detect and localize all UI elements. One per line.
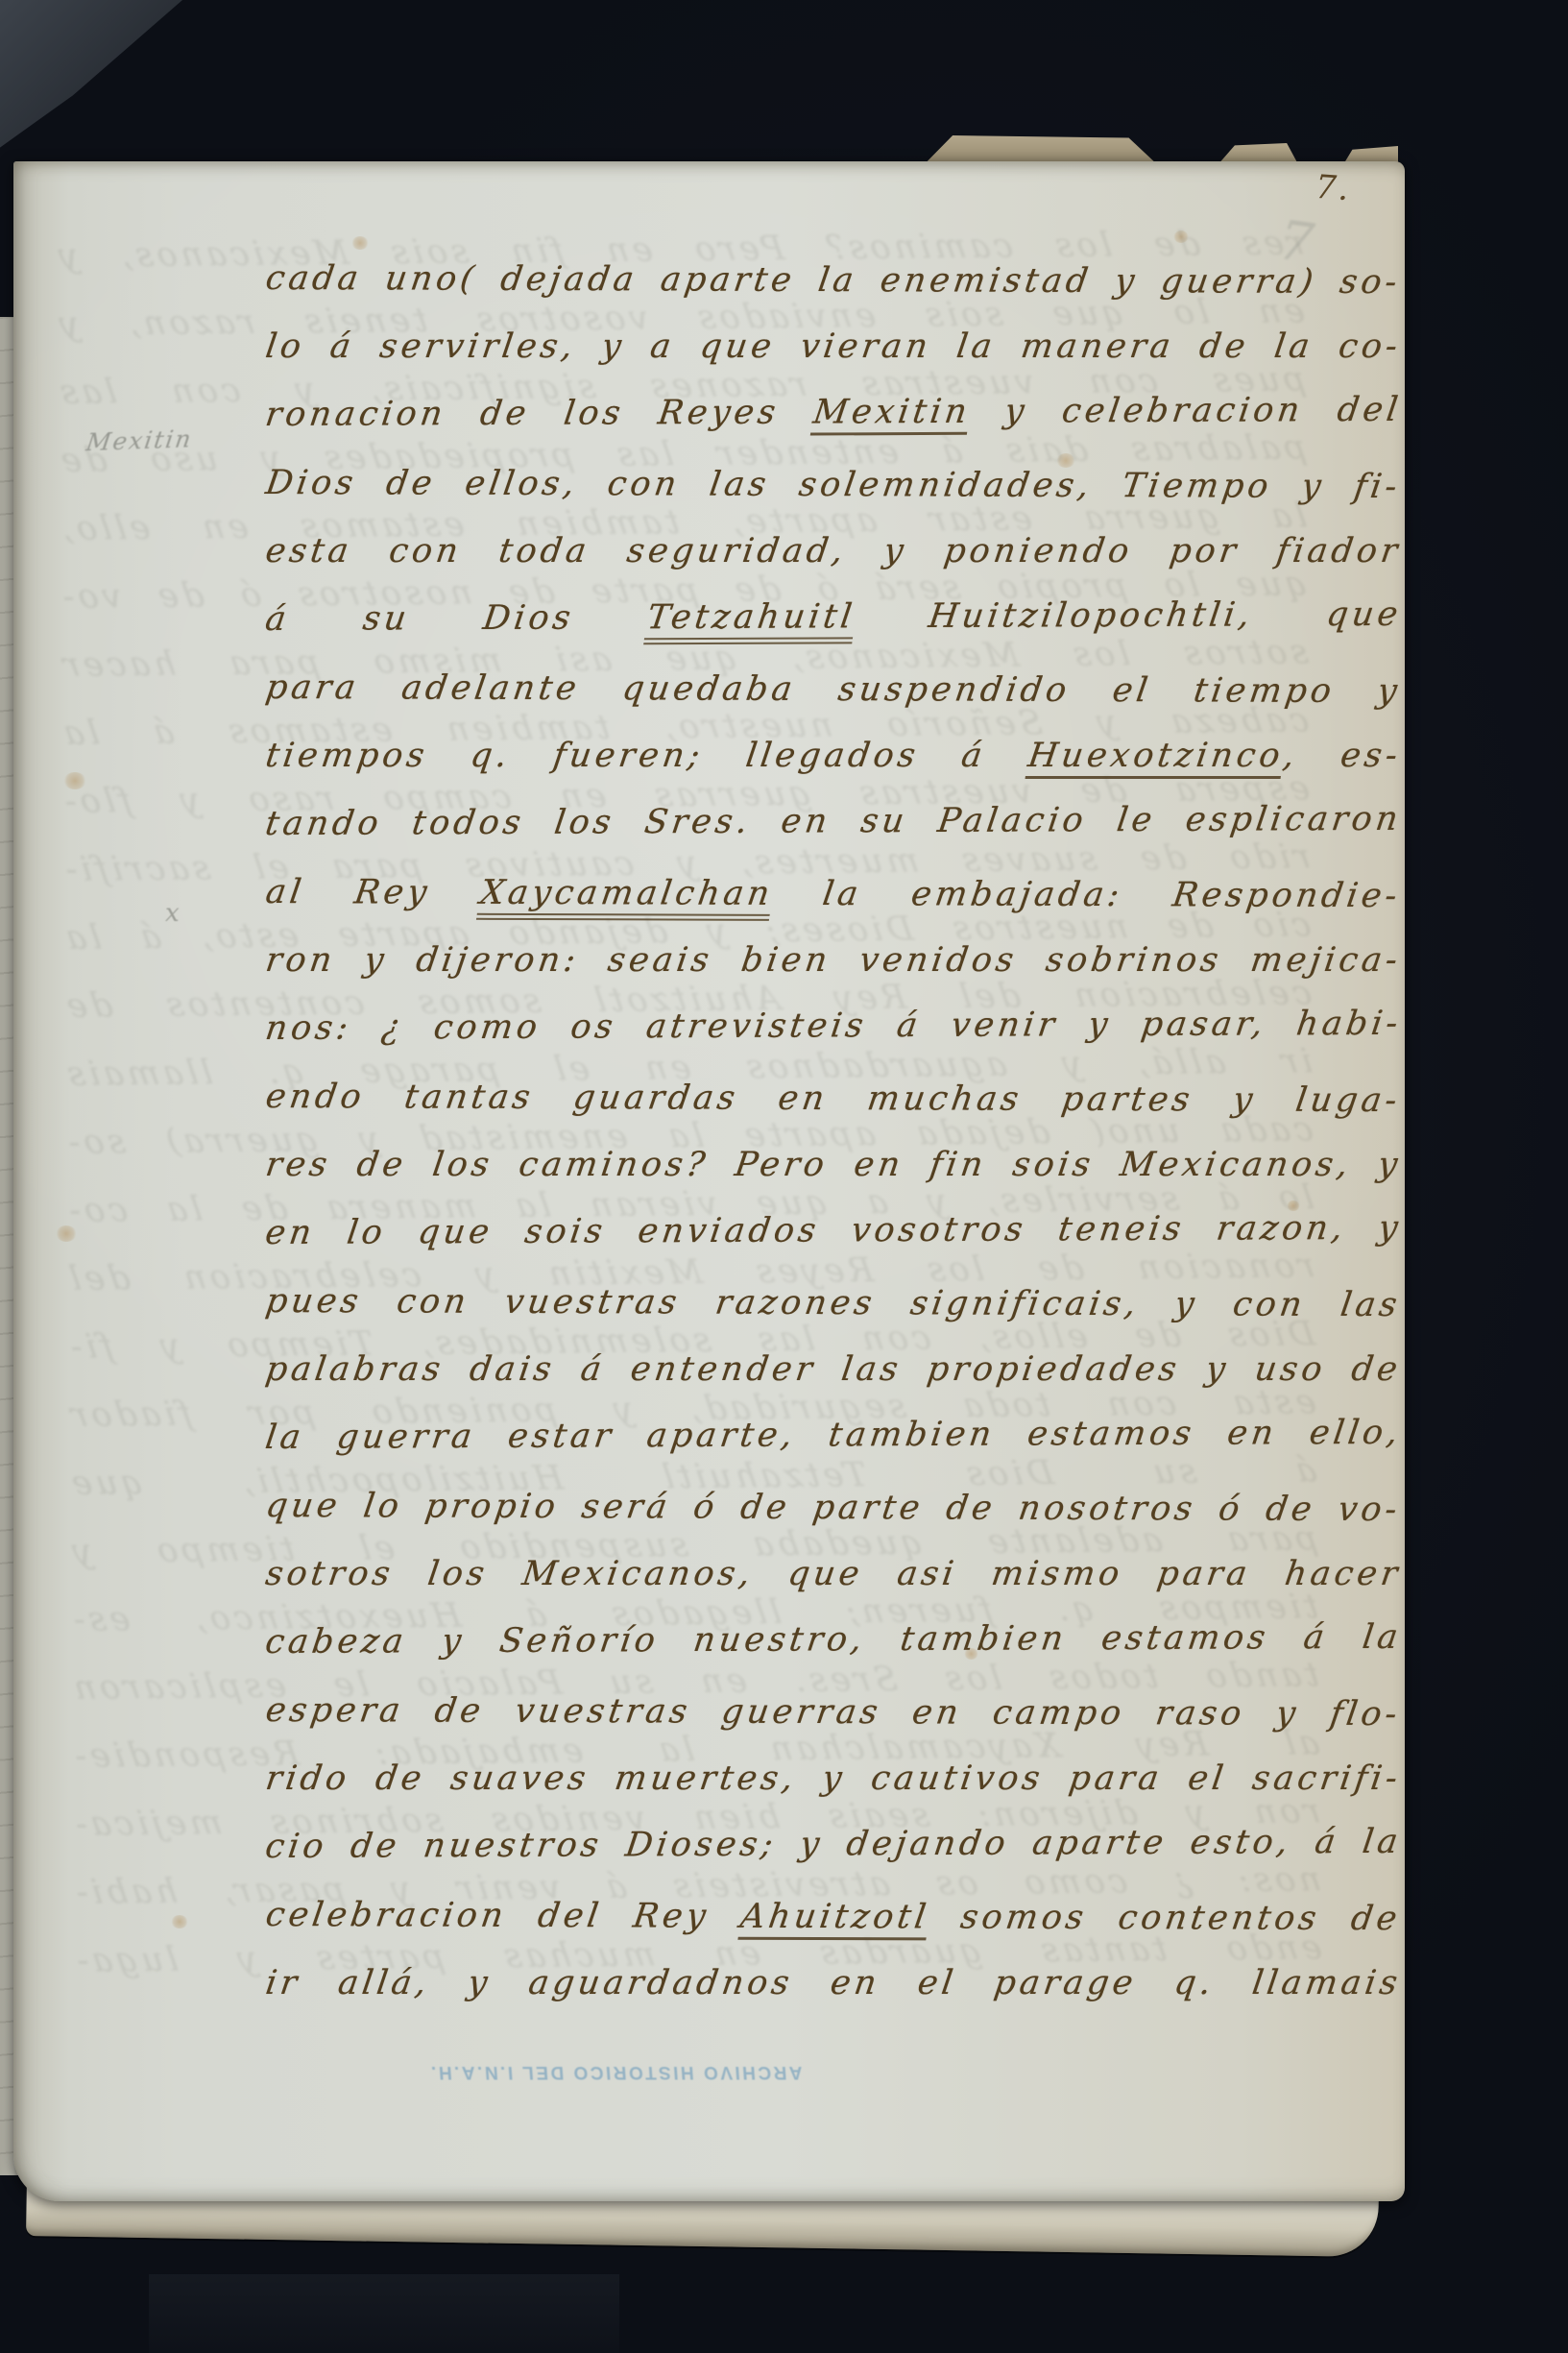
manuscript-line: tiempos q. fueren; llegados á Huexotzinc…	[259, 735, 1404, 803]
book-cover-corner	[0, 0, 182, 154]
manuscript-line: ir allá, y aguardadnos en el parage q. l…	[259, 1962, 1404, 2030]
manuscript-line: Dios de ellos, con las solemnidades, Tie…	[259, 462, 1404, 534]
manuscript-line: tando todos los Sres. en su Palacio le e…	[259, 798, 1404, 871]
manuscript-line: en lo que sois enviados vosotros teneis …	[259, 1207, 1404, 1280]
manuscript-line: rido de suaves muertes, y cautivos para …	[259, 1758, 1404, 1826]
manuscript-text-block: cada uno( dejada aparte la enemistad y g…	[259, 257, 1394, 2030]
manuscript-line: cada uno( dejada aparte la enemistad y g…	[259, 257, 1404, 329]
manuscript-line: al Rey Xaycamalchan la embajada: Respond…	[259, 871, 1404, 943]
manuscript-page: res de los caminos? Pero en fin sois Mex…	[13, 161, 1405, 2201]
manuscript-line: cabeza y Señorío nuestro, tambien estamo…	[259, 1616, 1404, 1689]
manuscript-line: lo á servirles, y a que vieran la manera…	[259, 326, 1404, 394]
manuscript-line: endo tantas guardas en muchas partes y l…	[259, 1076, 1404, 1148]
manuscript-line: celebracion del Rey Ahuitzotl somos cont…	[259, 1894, 1404, 1966]
manuscript-line: espera de vuestras guerras en campo raso…	[259, 1689, 1404, 1761]
manuscript-line: á su Dios Tetzahuitl Huitzilopochtli, qu…	[259, 594, 1404, 667]
manuscript-line: pues con vuestras razones significais, y…	[259, 1280, 1404, 1352]
manuscript-line: palabras dais á entender las propiedades…	[259, 1348, 1404, 1417]
manuscript-line: esta con toda seguridad, y poniendo por …	[259, 530, 1404, 598]
manuscript-line: ron y dijeron: seais bien venidos sobrin…	[259, 939, 1404, 1007]
manuscript-line: la guerra estar aparte, tambien estamos …	[259, 1412, 1404, 1485]
manuscript-scan: res de los caminos? Pero en fin sois Mex…	[0, 0, 1568, 2353]
manuscript-line: nos: ¿ como os atrevisteis á venir y pas…	[259, 1003, 1404, 1076]
archive-stamp: ARCHIVO HISTORICO DEL I.N.A.H.	[400, 2061, 831, 2082]
manuscript-line: res de los caminos? Pero en fin sois Mex…	[259, 1144, 1404, 1212]
page-number: 7.	[1315, 168, 1352, 208]
margin-note-pencil: Mexitin	[84, 425, 195, 456]
manuscript-line: ronacion de los Reyes Mexitin y celebrac…	[259, 389, 1404, 462]
margin-x-mark: x	[165, 899, 180, 928]
manuscript-line: para adelante quedaba suspendido el tiem…	[259, 667, 1404, 739]
manuscript-line: que lo propio será ó de parte de nosotro…	[259, 1485, 1404, 1557]
manuscript-line: sotros los Mexicanos, que asi mismo para…	[259, 1553, 1404, 1621]
manuscript-line: cio de nuestros Dioses; y dejando aparte…	[259, 1821, 1404, 1894]
background-reflection	[149, 2274, 619, 2353]
